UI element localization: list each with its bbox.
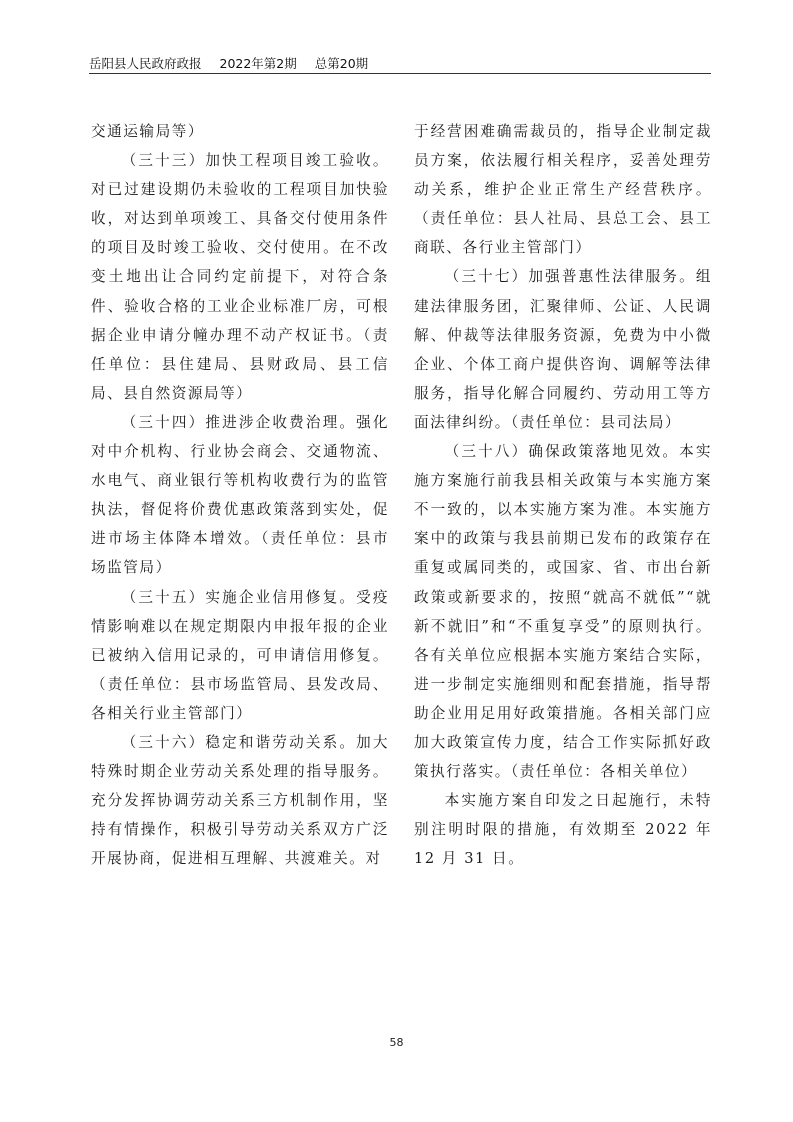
running-header: 岳阳县人民政府政报 2022年第2期 总第20期 xyxy=(89,56,711,74)
paragraph-item-36: （三十六）稳定和谐劳动关系。加大特殊时期企业劳动关系处理的指导服务。充分发挥协调… xyxy=(91,728,389,873)
left-column: 交通运输局等） （三十三）加快工程项目竣工验收。对已过建设期仍未验收的工程项目加… xyxy=(91,117,389,873)
publication-title: 岳阳县人民政府政报 xyxy=(89,56,202,71)
paragraph-item-33: （三十三）加快工程项目竣工验收。对已过建设期仍未验收的工程项目加快验收，对达到单… xyxy=(91,146,389,408)
paragraph-effective-date: 本实施方案自印发之日起施行，未特别注明时限的措施，有效期至 2022 年 12 … xyxy=(414,786,712,873)
right-column: 于经营困难确需裁员的，指导企业制定裁员方案，依法履行相关程序，妥善处理劳动关系，… xyxy=(414,117,712,873)
issue-number: 2022年第2期 xyxy=(220,56,297,71)
paragraph-continuation: 交通运输局等） xyxy=(91,117,389,146)
paragraph-item-36-continuation: 于经营困难确需裁员的，指导企业制定裁员方案，依法履行相关程序，妥善处理劳动关系，… xyxy=(414,117,712,262)
paragraph-item-35: （三十五）实施企业信用修复。受疫情影响难以在规定期限内申报年报的企业已被纳入信用… xyxy=(91,583,389,728)
total-issue-number: 总第20期 xyxy=(315,56,368,71)
paragraph-item-38: （三十八）确保政策落地见效。本实施方案施行前我县相关政策与本实施方案不一致的，以… xyxy=(414,437,712,786)
paragraph-item-34: （三十四）推进涉企收费治理。强化对中介机构、行业协会商会、交通物流、水电气、商业… xyxy=(91,408,389,583)
page-number: 58 xyxy=(0,1036,793,1049)
paragraph-item-37: （三十七）加强普惠性法律服务。组建法律服务团，汇聚律师、公证、人民调解、仲裁等法… xyxy=(414,262,712,437)
